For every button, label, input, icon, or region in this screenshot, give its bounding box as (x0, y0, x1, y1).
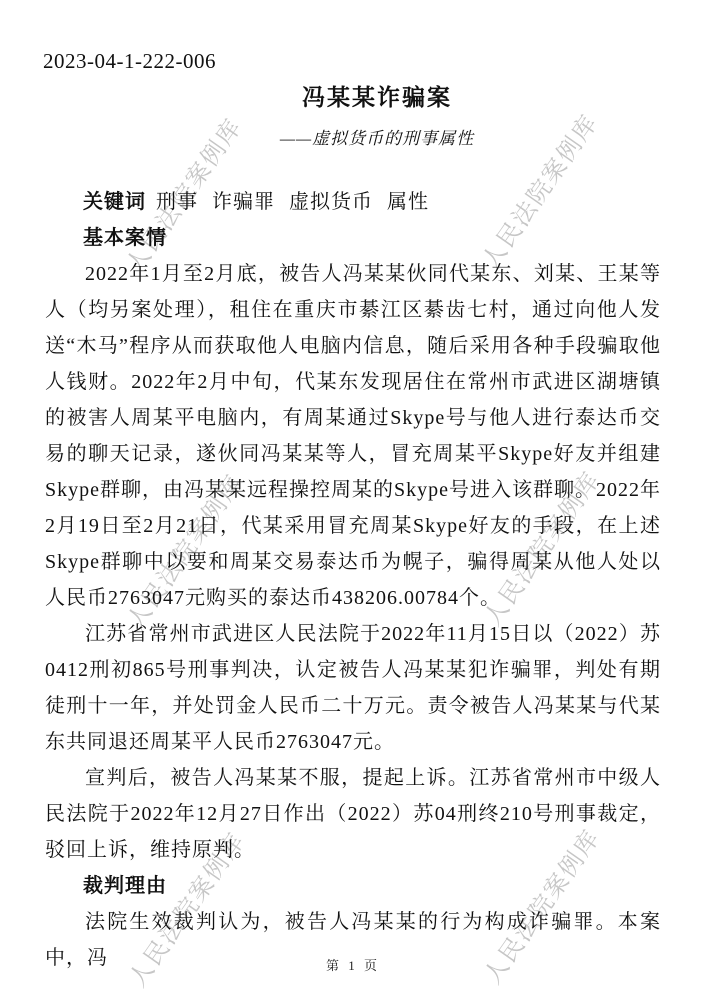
keyword-item: 刑事 (156, 191, 198, 213)
section-heading-basic-facts: 基本案情 (45, 220, 661, 256)
case-title: 冯某某诈骗案 (69, 84, 685, 112)
document-body: 关键词刑事诈骗罪虚拟货币属性 基本案情 2022年1月至2月底，被告人冯某某伙同… (45, 184, 661, 976)
keyword-item: 诈骗罪 (212, 191, 275, 213)
document-number: 2023-04-1-222-006 (43, 49, 216, 74)
document-page: 人民法院案例库 人民法院案例库 人民法院案例库 人民法院案例库 人民法院案例库 … (0, 0, 706, 999)
title-block: 冯某某诈骗案 ——虚拟货币的刑事属性 (69, 84, 685, 149)
paragraph: 江苏省常州市武进区人民法院于2022年11月15日以（2022）苏0412刑初8… (45, 616, 661, 760)
paragraph: 宣判后，被告人冯某某不服，提起上诉。江苏省常州市中级人民法院于2022年12月2… (45, 760, 661, 868)
keyword-item: 虚拟货币 (289, 191, 373, 213)
section-heading-judgment-reasons: 裁判理由 (45, 868, 661, 904)
keyword-item: 属性 (387, 191, 429, 213)
keywords-line: 关键词刑事诈骗罪虚拟货币属性 (45, 184, 661, 220)
case-subtitle: ——虚拟货币的刑事属性 (69, 124, 685, 149)
paragraph: 2022年1月至2月底，被告人冯某某伙同代某东、刘某、王某等人（均另案处理），租… (45, 256, 661, 616)
page-number-footer: 第 1 页 (0, 955, 706, 974)
keywords-label: 关键词 (83, 191, 146, 213)
